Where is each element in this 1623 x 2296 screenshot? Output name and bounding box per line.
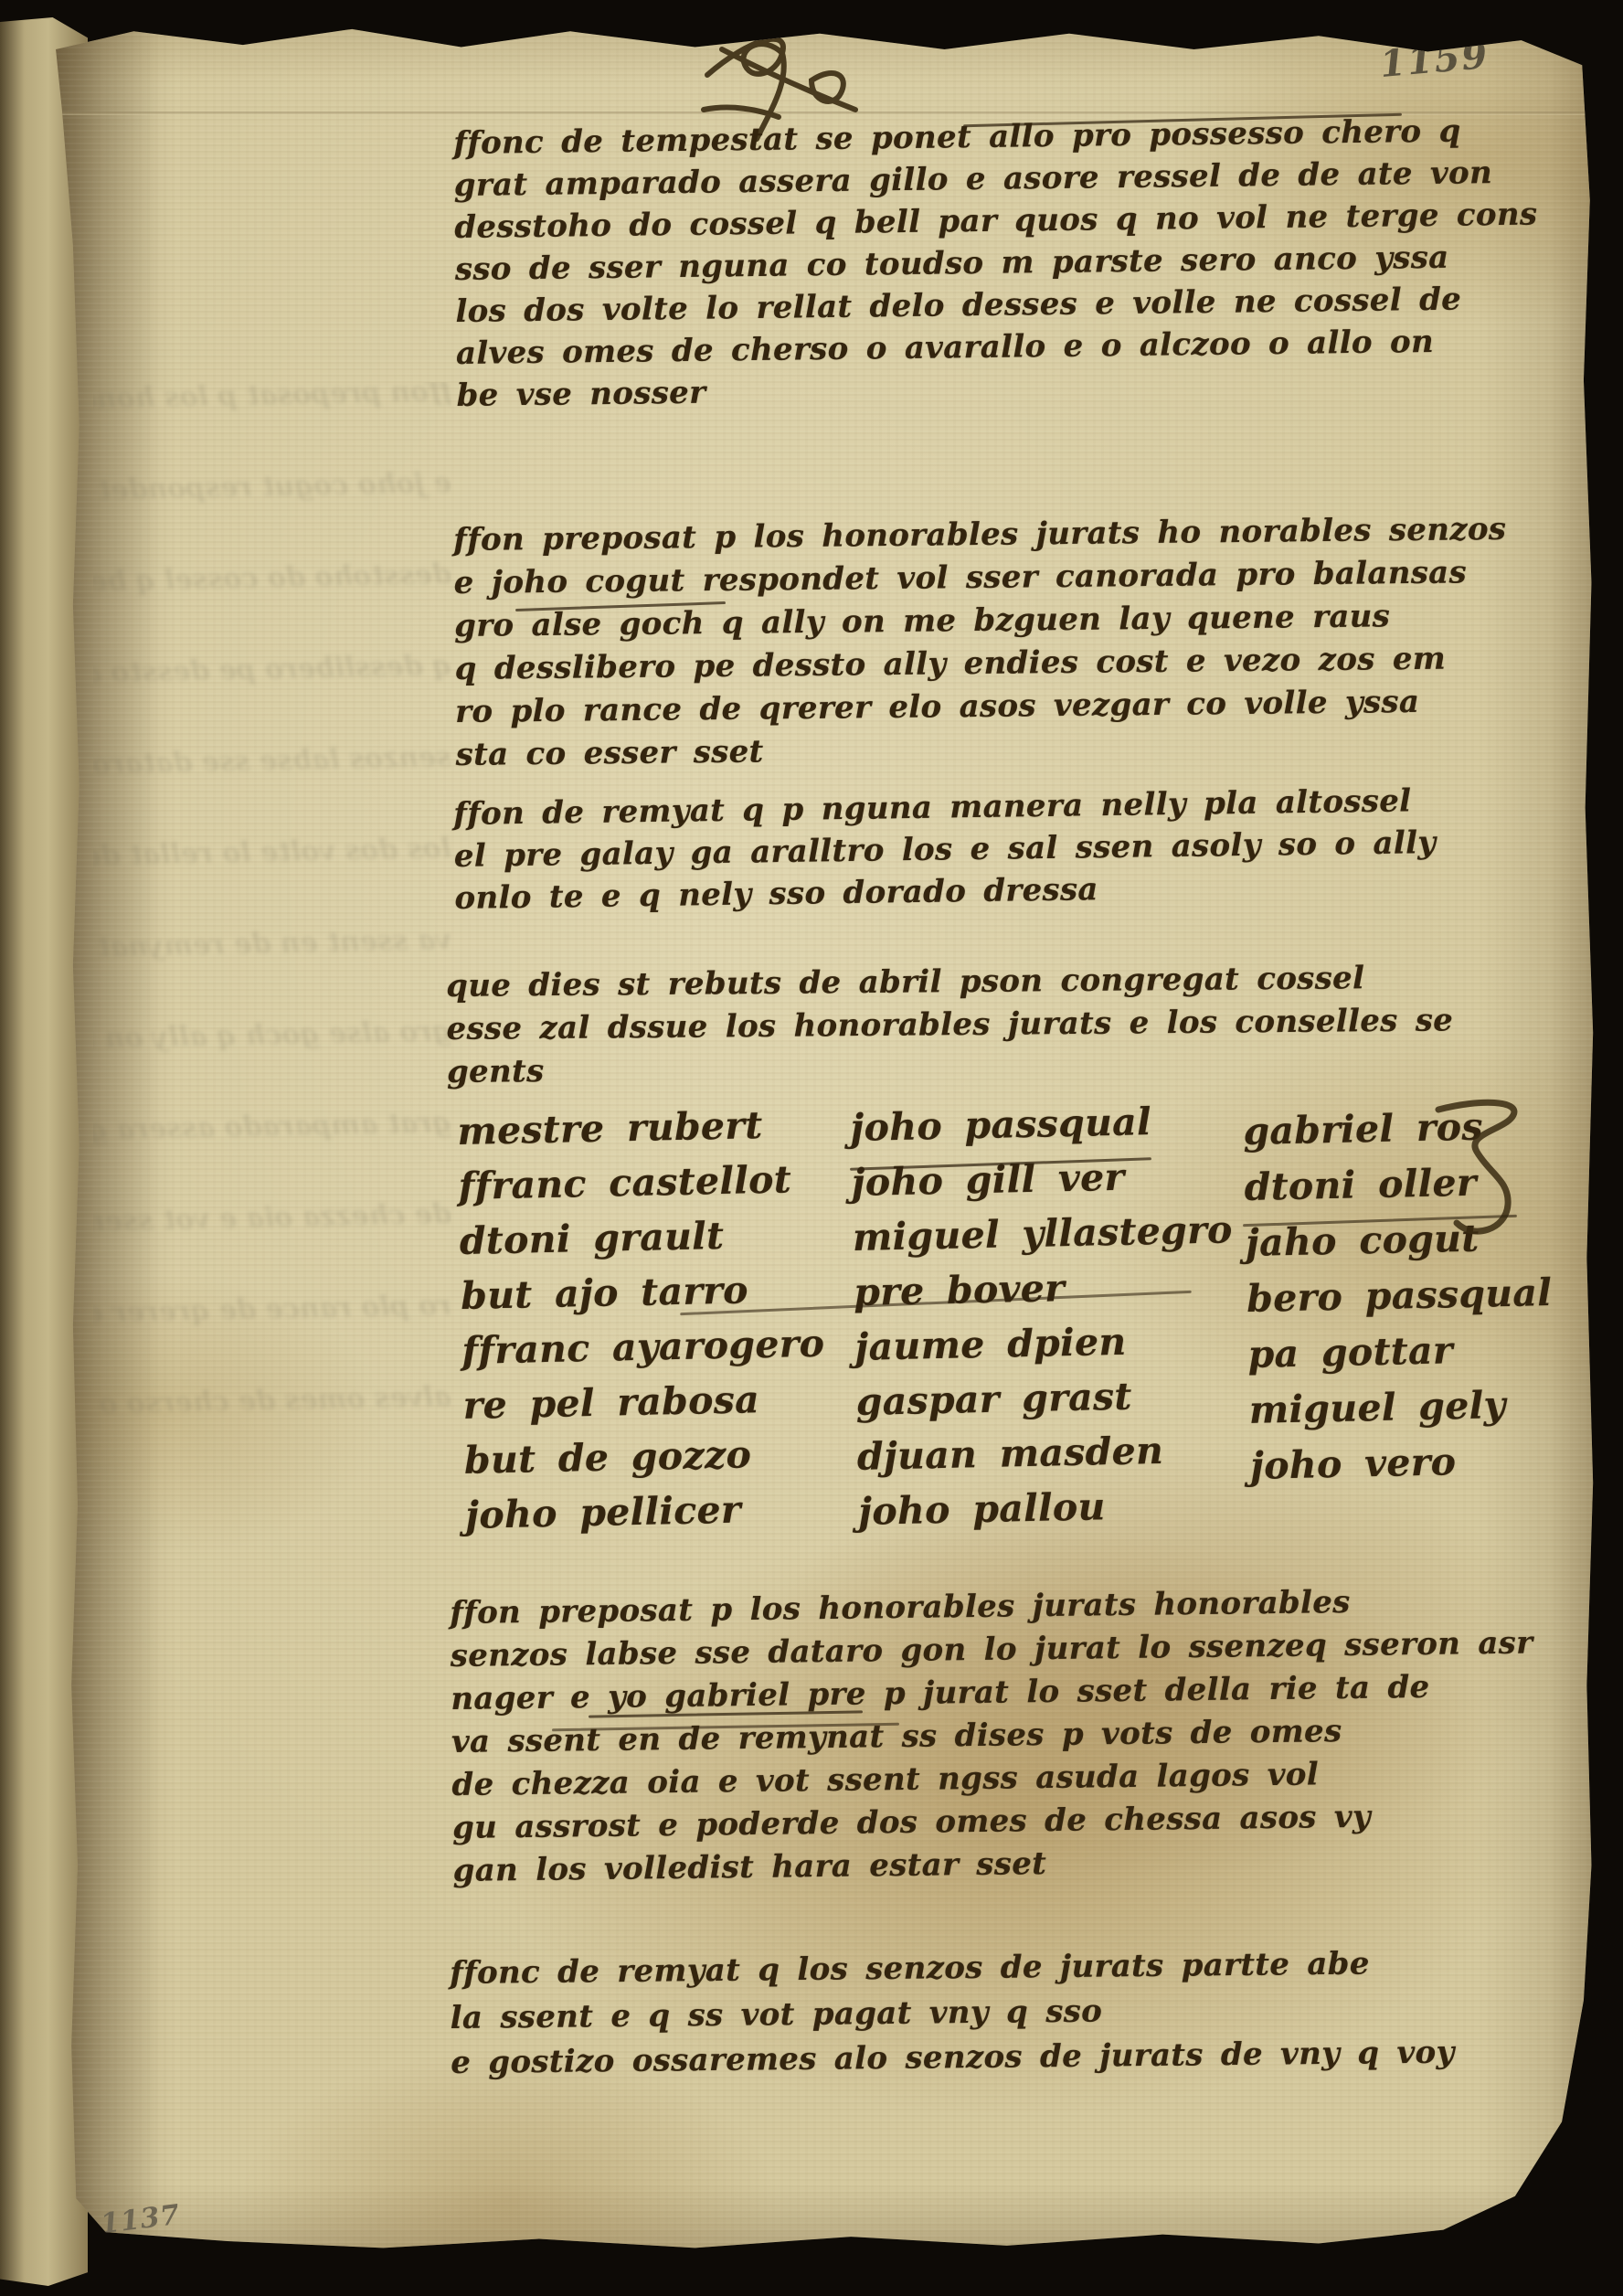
manuscript-line: gents (447, 1047, 1454, 1100)
name-entry: joho vero (1250, 1441, 1556, 1504)
name-entry: ffranc ayarogero (461, 1325, 825, 1387)
name-entry: miguel gely (1248, 1386, 1554, 1448)
manuscript-line: e gostizo ossaremes alo senzos de jurats… (451, 2036, 1455, 2092)
name-entry: but de gozzo (464, 1435, 828, 1497)
manuscript-line: be vse nosser (456, 367, 1540, 422)
paragraph-5: ffon preposat p los honorables jurats ho… (450, 1585, 1536, 1898)
name-entry: jaume dpien (854, 1321, 1236, 1384)
name-entry: dtoni grault (460, 1216, 823, 1278)
name-entry: miguel yllastegro (853, 1211, 1234, 1274)
paragraph-3: ffon de remyat q p nguna manera nelly pl… (453, 785, 1437, 925)
manuscript-page: ffon preposat p los honorables jurats ho… (40, 20, 1599, 2270)
paragraph-1: ffonc de tempestat se ponet allo pro pos… (453, 115, 1540, 422)
name-entry: gaspar grast (855, 1376, 1236, 1439)
manuscript-photo: ffon preposat p los honorables jurats ho… (0, 0, 1623, 2296)
name-entry: joho passqual (850, 1101, 1231, 1164)
paragraph-6: ffonc de remyat q los senzos de jurats p… (450, 1947, 1455, 2091)
name-entry: pa gottar (1247, 1330, 1554, 1392)
name-entry: bero passqual (1246, 1274, 1553, 1336)
name-entry: ffranc castellot (458, 1161, 822, 1223)
paragraph-2: ffon preposat p los honorables jurats ho… (453, 514, 1509, 782)
folio-number-bottom: 1137 (99, 2202, 182, 2238)
name-column-middle: joho passqual joho gill ver miguel yllas… (850, 1101, 1239, 1548)
pen-swash-icon (1426, 1097, 1535, 1252)
paragraph-4: que dies st rebuts de abril pson congreg… (446, 962, 1454, 1100)
manuscript-line: onlo te e q nely sso dorado dressa (454, 869, 1437, 925)
folio-number-top: 1159 (1378, 37, 1490, 83)
name-entry: djuan masden (857, 1430, 1238, 1493)
underlying-page-edge (0, 13, 88, 2291)
name-column-left: mestre rubert ffranc castellot dtoni gra… (457, 1106, 829, 1552)
name-entry: joho pallou (858, 1485, 1239, 1548)
manuscript-line: sta co esser sset (455, 728, 1509, 782)
name-entry: re pel rabosa (462, 1380, 826, 1442)
manuscript-line: gan los volledist hara estar sset (452, 1843, 1535, 1898)
name-entry: joho pellicer (465, 1490, 829, 1552)
